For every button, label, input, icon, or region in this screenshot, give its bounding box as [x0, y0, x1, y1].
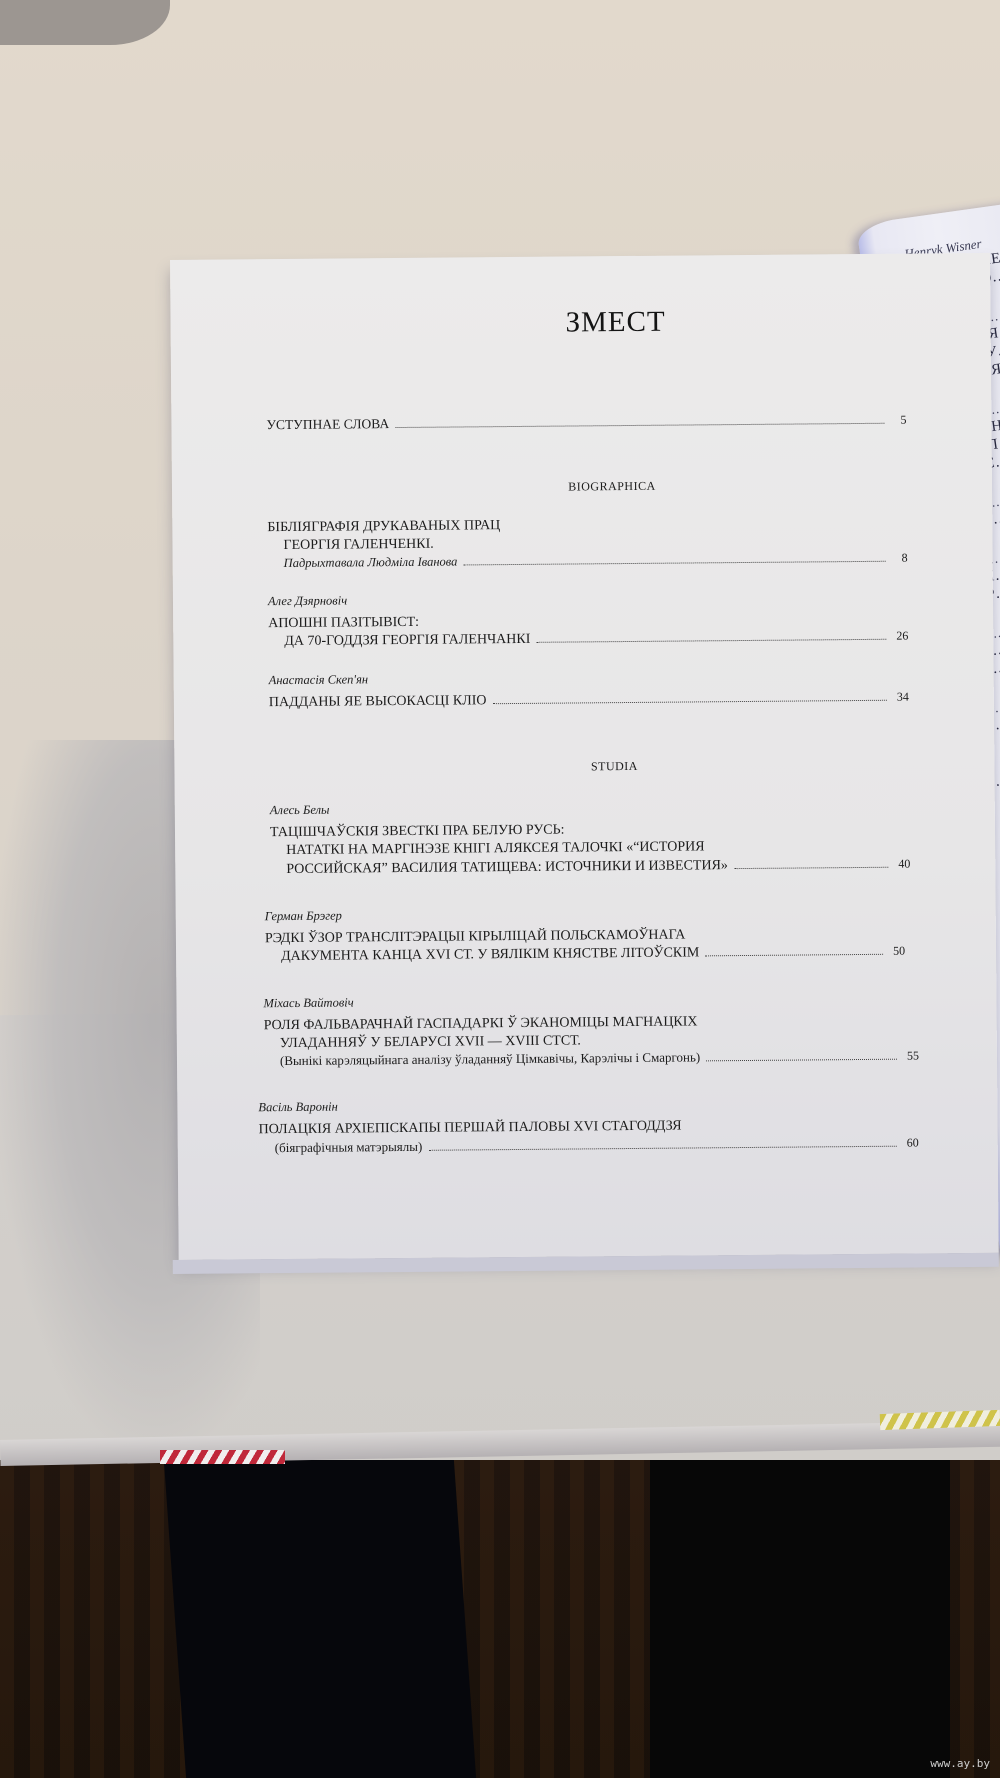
toc-entry: Алесь БелыТАЦІШЧАЎСКІЯ ЗВЕСТКІ ПРА БЕЛУЮ…: [270, 798, 911, 879]
dot-leader: [463, 561, 885, 566]
page-number: 34: [891, 690, 909, 706]
toc-content: ЗМЕСТ УСТУПНАЕ СЛОВА 5 BIOGRAPHICAБІБЛІЯ…: [265, 294, 913, 1187]
entry-title: ДАКУМЕНТА КАНЦА XVI СТ. У ВЯЛІКІМ КНЯСТВ…: [281, 944, 699, 966]
entry-note: Падрыхтавала Людміла Іванова: [284, 553, 458, 571]
entry-title-line: ПАДДАНЫ ЯЕ ВЫСОКАСЦІ КЛІО34: [269, 689, 909, 713]
entry-title: АПОШНІ ПАЗІТЫВІСТ:: [268, 613, 419, 633]
dot-leader: [492, 700, 886, 704]
entry-title: РОЛЯ ФАЛЬВАРАЧНАЙ ГАСПАДАРКІ Ў ЭКАНОМІЦЫ…: [264, 1013, 698, 1035]
entry-author: Герман Брэгер: [265, 903, 905, 924]
page-title: ЗМЕСТ: [325, 304, 905, 342]
toc-page: ЗМЕСТ УСТУПНАЕ СЛОВА 5 BIOGRAPHICAБІБЛІЯ…: [170, 253, 999, 1260]
toc-sections: BIOGRAPHICAБІБЛІЯГРАФІЯ ДРУКАВАНЫХ ПРАЦГ…: [267, 476, 913, 1156]
leg-right: [650, 1460, 950, 1778]
dot-leader: [428, 1145, 896, 1150]
section-heading: STUDIA: [319, 757, 909, 777]
leg-left: [164, 1460, 476, 1778]
watermark: www.ay.by: [930, 1757, 990, 1770]
toc-entry: БІБЛІЯГРАФІЯ ДРУКАВАНЫХ ПРАЦГЕОРГІЯ ГАЛЕ…: [267, 513, 907, 572]
entry-title: БІБЛІЯГРАФІЯ ДРУКАВАНЫХ ПРАЦ: [267, 517, 500, 537]
page-number: 5: [888, 413, 906, 429]
section-heading: BIOGRAPHICA: [317, 476, 907, 496]
entry-title: УСТУПНАЕ СЛОВА: [266, 415, 389, 434]
dot-leader: [536, 639, 886, 643]
entry-title: РОССИЙСКАЯ” ВАСИЛИЯ ТАТИЩЕВА: ИСТОЧНИКИ …: [286, 857, 728, 879]
page-number: 40: [892, 856, 910, 872]
entry-title: ПАДДАНЫ ЯЕ ВЫСОКАСЦІ КЛІО: [269, 692, 487, 712]
page-number: 26: [890, 628, 908, 644]
toc-entry: Васіль ВаронінПОЛАЦКІЯ АРХІЕПІСКАПЫ ПЕРШ…: [258, 1095, 918, 1157]
red-striped-tape: [160, 1450, 285, 1464]
dot-leader: [734, 866, 888, 868]
dot-leader: [706, 1059, 897, 1062]
page-number: 8: [890, 551, 908, 567]
toc-entry: Герман БрэгерРЭДКІ ЎЗОР ТРАНСЛІТЭРАЦЫІ К…: [265, 903, 905, 966]
entry-title: ДА 70-ГОДДЗЯ ГЕОРГІЯ ГАЛЕНЧАНКІ: [284, 631, 530, 651]
toc-entry: Міхась ВайтовічРОЛЯ ФАЛЬВАРАЧНАЙ ГАСПАДА…: [263, 991, 919, 1071]
dot-leader: [705, 954, 883, 957]
toc-entry: Анастасія Скеп'янПАДДАНЫ ЯЕ ВЫСОКАСЦІ КЛ…: [269, 668, 909, 713]
entry-author: Алег Дзярновіч: [268, 588, 908, 609]
entry-author: Анастасія Скеп'ян: [269, 668, 909, 689]
entry-note: (Вынікі карэляцыйнага аналізу ўладанняў …: [280, 1050, 700, 1071]
entry-author: Алесь Белы: [270, 798, 910, 819]
dot-leader: [395, 423, 884, 428]
entry-author: Міхась Вайтовіч: [263, 991, 918, 1012]
entry-note: (біяграфічныя матэрыялы): [275, 1138, 423, 1156]
entry-title: ГЕОРГІЯ ГАЛЕНЧЕНКІ.: [283, 535, 433, 554]
entry-author: Васіль Варонін: [258, 1095, 918, 1116]
entry-title: ПОЛАЦКІЯ АРХІЕПІСКАПЫ ПЕРШАЙ ПАЛОВЫ XVI …: [259, 1118, 682, 1140]
page-number: 60: [901, 1135, 919, 1151]
toc-entry: Алег ДзярновічАПОШНІ ПАЗІТЫВІСТ:ДА 70-ГО…: [268, 588, 908, 651]
page-number: 55: [901, 1049, 919, 1065]
page-number: 50: [887, 943, 905, 959]
